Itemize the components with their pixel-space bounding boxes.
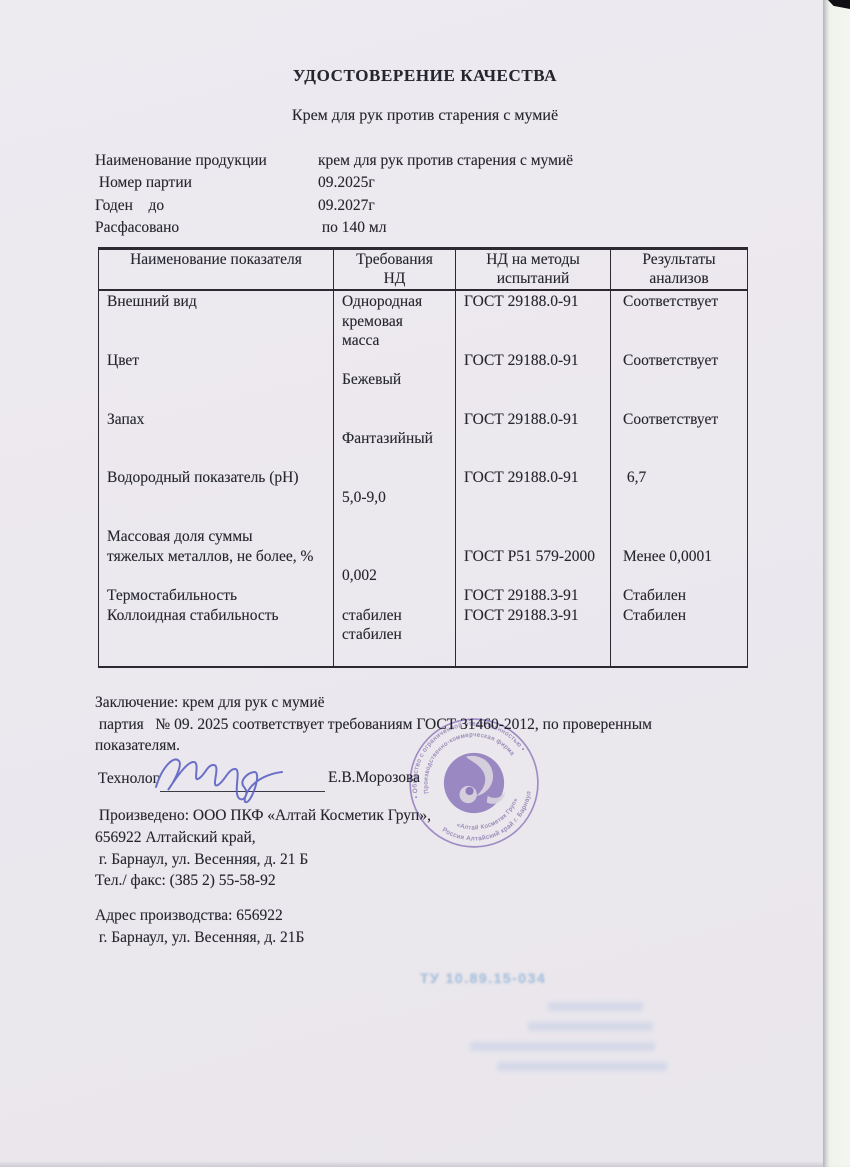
table-cell-line (623, 566, 747, 586)
table-cell-line (623, 429, 747, 449)
product-info-value: крем для рук против старения с мумиё (318, 152, 573, 169)
table-cell-line (464, 488, 610, 508)
table-cell-line (464, 429, 610, 449)
table-cell-line (342, 390, 455, 410)
production-address-line: Адрес производства: 656922 (95, 905, 304, 927)
table-header-line: анализов (649, 270, 708, 289)
table-header-indicator: Наименование показателя (99, 250, 334, 289)
table-cell-line (107, 390, 333, 410)
product-info-value: по 140 мл (318, 219, 386, 236)
bleed-through-mark (528, 1022, 653, 1031)
table-header-method: НД на методыиспытаний (456, 250, 611, 289)
table-header-requirement: ТребованияНД (334, 250, 456, 289)
table-cell-line (342, 586, 455, 606)
table-cell-line: масса (342, 331, 455, 351)
table-cell-line: ГОСТ 29188.0-91 (464, 410, 610, 430)
bleed-through-text: ТУ 10.89.15-034 (420, 970, 546, 986)
bleed-through-mark (470, 1042, 655, 1051)
table-cell-line (342, 527, 455, 547)
product-info-row: Номер партии09.2025г (95, 172, 573, 194)
product-info-row: Наименование продукциикрем для рук проти… (95, 150, 573, 172)
table-cell-line (107, 625, 333, 645)
table-cell-line: Термостабильность (107, 586, 333, 606)
producer-line: г. Барнаул, ул. Весенняя, д. 21 Б (95, 849, 431, 871)
table-cell-line: ГОСТ 29188.3-91 (464, 606, 610, 626)
scan-bottom-shadow (0, 1161, 823, 1167)
table-column-result: СоответствуетСоответствуетСоответствует … (611, 291, 747, 666)
table-cell-line (342, 449, 455, 469)
table-header-line: испытаний (497, 270, 570, 289)
table-cell-line: Бежевый (342, 370, 455, 390)
table-cell-line: Коллоидная стабильность (107, 606, 333, 626)
table-cell-line (342, 508, 455, 528)
table-cell-line (623, 449, 747, 469)
conclusion-line: Заключение: крем для рук с мумиё (95, 692, 652, 714)
table-column-method: ГОСТ 29188.0-91ГОСТ 29188.0-91ГОСТ 29188… (456, 291, 611, 666)
table-cell-line (464, 331, 610, 351)
table-cell-line (107, 370, 333, 390)
table-cell-line (107, 331, 333, 351)
table-cell-line (623, 370, 747, 390)
table-cell-line (464, 625, 610, 645)
table-column-indicator: Внешний видЦветЗапахВодородный показател… (99, 291, 334, 666)
table-body: Внешний видЦветЗапахВодородный показател… (99, 291, 747, 666)
bleed-through-mark (497, 1062, 667, 1071)
product-info-label: Номер партии (95, 172, 318, 194)
table-cell-line: Запах (107, 410, 333, 430)
scanner-edge-strip (823, 0, 850, 1167)
producer-line: Тел./ факс: (385 2) 55-58-92 (95, 870, 431, 892)
quality-indicators-table: Наименование показателя ТребованияНД НД … (98, 247, 748, 668)
table-cell-line (464, 566, 610, 586)
scanned-page: УДОСТОВЕРЕНИЕ КАЧЕСТВА Крем для рук прот… (0, 0, 823, 1167)
table-cell-line: Массовая доля суммы (107, 527, 333, 547)
product-info-label: Наименование продукции (95, 150, 318, 172)
table-header-row: Наименование показателя ТребованияНД НД … (99, 250, 747, 291)
table-header-line: Наименование показателя (130, 251, 302, 270)
product-info-label: Годен до (95, 195, 318, 217)
table-cell-line: Цвет (107, 351, 333, 371)
production-address-line: г. Барнаул, ул. Весенняя, д. 21Б (95, 927, 304, 949)
table-cell-line (623, 527, 747, 547)
table-cell-line: 0,002 (342, 566, 455, 586)
product-info-label: Расфасовано (95, 217, 318, 239)
production-address-block: Адрес производства: 656922 г. Барнаул, у… (95, 905, 304, 949)
product-info-block: Наименование продукциикрем для рук проти… (95, 150, 573, 240)
table-cell-line: Фантазийный (342, 429, 455, 449)
table-cell-line: 5,0-9,0 (342, 488, 455, 508)
table-cell-line: кремовая (342, 312, 455, 332)
table-cell-line (342, 351, 455, 371)
table-cell-line: ГОСТ 29188.3-91 (464, 586, 610, 606)
table-cell-line (107, 566, 333, 586)
product-info-row: Расфасовано по 140 мл (95, 217, 573, 239)
table-cell-line (623, 312, 747, 332)
table-cell-line: Водородный показатель (рН) (107, 468, 333, 488)
table-cell-line (107, 429, 333, 449)
table-cell-line (464, 312, 610, 332)
table-cell-line: тяжелых металлов, не более, % (107, 547, 333, 567)
table-cell-line: ГОСТ Р51 579-2000 (464, 547, 610, 567)
table-cell-line (623, 331, 747, 351)
table-cell-line (342, 547, 455, 567)
producer-line: Произведено: ООО ПКФ «Алтай Косметик Гру… (95, 805, 431, 827)
table-cell-line (107, 312, 333, 332)
table-cell-line: Внешний вид (107, 292, 333, 312)
table-cell-line (464, 390, 610, 410)
document-subtitle: Крем для рук против старения с мумиё (30, 107, 820, 125)
table-cell-line (107, 508, 333, 528)
table-cell-line: Стабилен (623, 586, 747, 606)
company-stamp: • Общество с ограниченной ответственност… (401, 710, 547, 856)
table-header-line: Результаты (642, 251, 715, 270)
table-cell-line: Соответствует (623, 410, 747, 430)
producer-block: Произведено: ООО ПКФ «Алтай Косметик Гру… (95, 805, 431, 892)
product-info-row: Годен до09.2027г (95, 195, 573, 217)
table-column-requirement: ОднороднаякремоваямассаБежевыйФантазийны… (334, 291, 456, 666)
table-cell-line (623, 625, 747, 645)
table-cell-line (623, 390, 747, 410)
table-cell-line: стабилен (342, 625, 455, 645)
table-cell-line (107, 449, 333, 469)
table-cell-line (107, 488, 333, 508)
table-cell-line (342, 468, 455, 488)
table-cell-line: Соответствует (623, 292, 747, 312)
producer-line: 656922 Алтайский край, (95, 827, 431, 849)
stamp-logo (434, 743, 514, 823)
table-cell-line: Стабилен (623, 606, 747, 626)
table-cell-line: Соответствует (623, 351, 747, 371)
handwritten-signature (150, 747, 290, 805)
table-header-line: Требования (356, 251, 433, 270)
table-cell-line: ГОСТ 29188.0-91 (464, 468, 610, 488)
table-cell-line (342, 410, 455, 430)
bleed-through-mark (548, 1002, 643, 1011)
table-cell-line: ГОСТ 29188.0-91 (464, 351, 610, 371)
table-cell-line (464, 370, 610, 390)
table-cell-line (464, 449, 610, 469)
table-header-result: Результатыанализов (611, 250, 747, 289)
table-cell-line: Менее 0,0001 (623, 547, 747, 567)
table-cell-line (623, 508, 747, 528)
document-title: УДОСТОВЕРЕНИЕ КАЧЕСТВА (30, 66, 820, 86)
table-cell-line: ГОСТ 29188.0-91 (464, 292, 610, 312)
table-cell-line (623, 488, 747, 508)
table-cell-line: Однородная (342, 292, 455, 312)
product-info-value: 09.2027г (318, 197, 375, 214)
conclusion-line: партия № 09. 2025 соответствует требован… (95, 714, 652, 736)
table-cell-line: стабилен (342, 606, 455, 626)
table-cell-line (464, 527, 610, 547)
table-header-line: НД (384, 270, 406, 289)
table-header-line: НД на методы (486, 251, 580, 270)
product-info-value: 09.2025г (318, 174, 375, 191)
table-cell-line: 6,7 (623, 468, 747, 488)
table-cell-line (464, 508, 610, 528)
